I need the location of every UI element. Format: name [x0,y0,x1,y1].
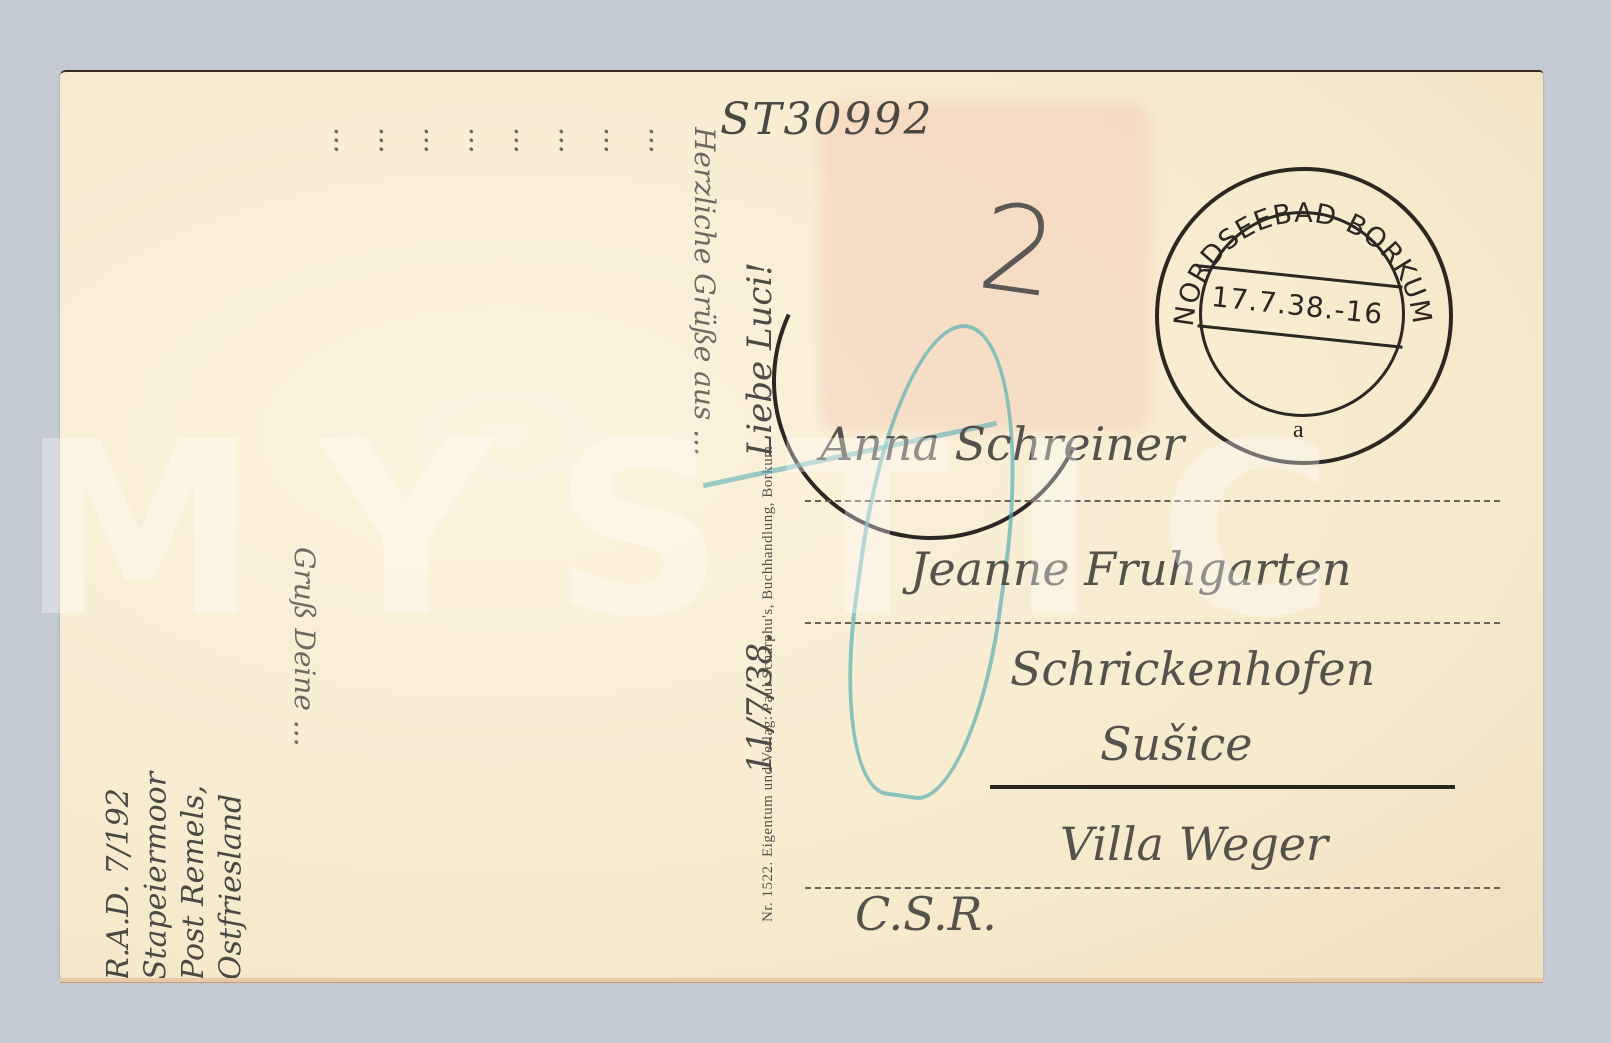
postmark: NORDSEEBAD BORKUM 17.7.38.-16 a [1155,167,1453,465]
address-line: Jeanne Fruhgarten [910,542,1352,596]
sender-address: R.A.D. 7/192 Stapeiermoor Post Remels, O… [100,702,250,980]
message-line: ... [330,127,358,154]
address-rule-solid [990,785,1455,789]
sender-line: Stapeiermoor [138,702,176,980]
address-line: Villa Weger [1060,817,1328,871]
message-line: ... [465,127,493,154]
publisher-imprint: Nr. 1522. Eigentum und Verlag: Paul Scha… [760,182,777,922]
postcard: ST30992 2 Herzliche Grüße aus ... ... ..… [60,70,1543,980]
message-line: ... [375,127,403,154]
address-rule [805,622,1500,624]
message-body: Herzliche Grüße aus ... ... ... ... ... … [290,127,750,957]
message-line: ... [645,127,673,154]
message-line: ... [420,127,448,154]
postmark-sub-letter: a [1293,417,1304,444]
message-line: ... [510,127,538,154]
message-closing: Gruß Deine ... [290,547,318,747]
address-rule [805,500,1500,502]
address-line: Anna Schreiner [820,417,1184,471]
sender-line: Post Remels, Ostfriesland [175,702,250,980]
address-line: Sušice [1100,717,1252,771]
address-line: Schrickenhofen [1010,642,1375,696]
inventory-number: ST30992 [720,94,933,145]
message-line: Herzliche Grüße aus ... [690,127,718,456]
sender-line: R.A.D. 7/192 [100,702,138,980]
message-line: ... [555,127,583,154]
address-line: C.S.R. [855,887,997,941]
message-line: ... [600,127,628,154]
